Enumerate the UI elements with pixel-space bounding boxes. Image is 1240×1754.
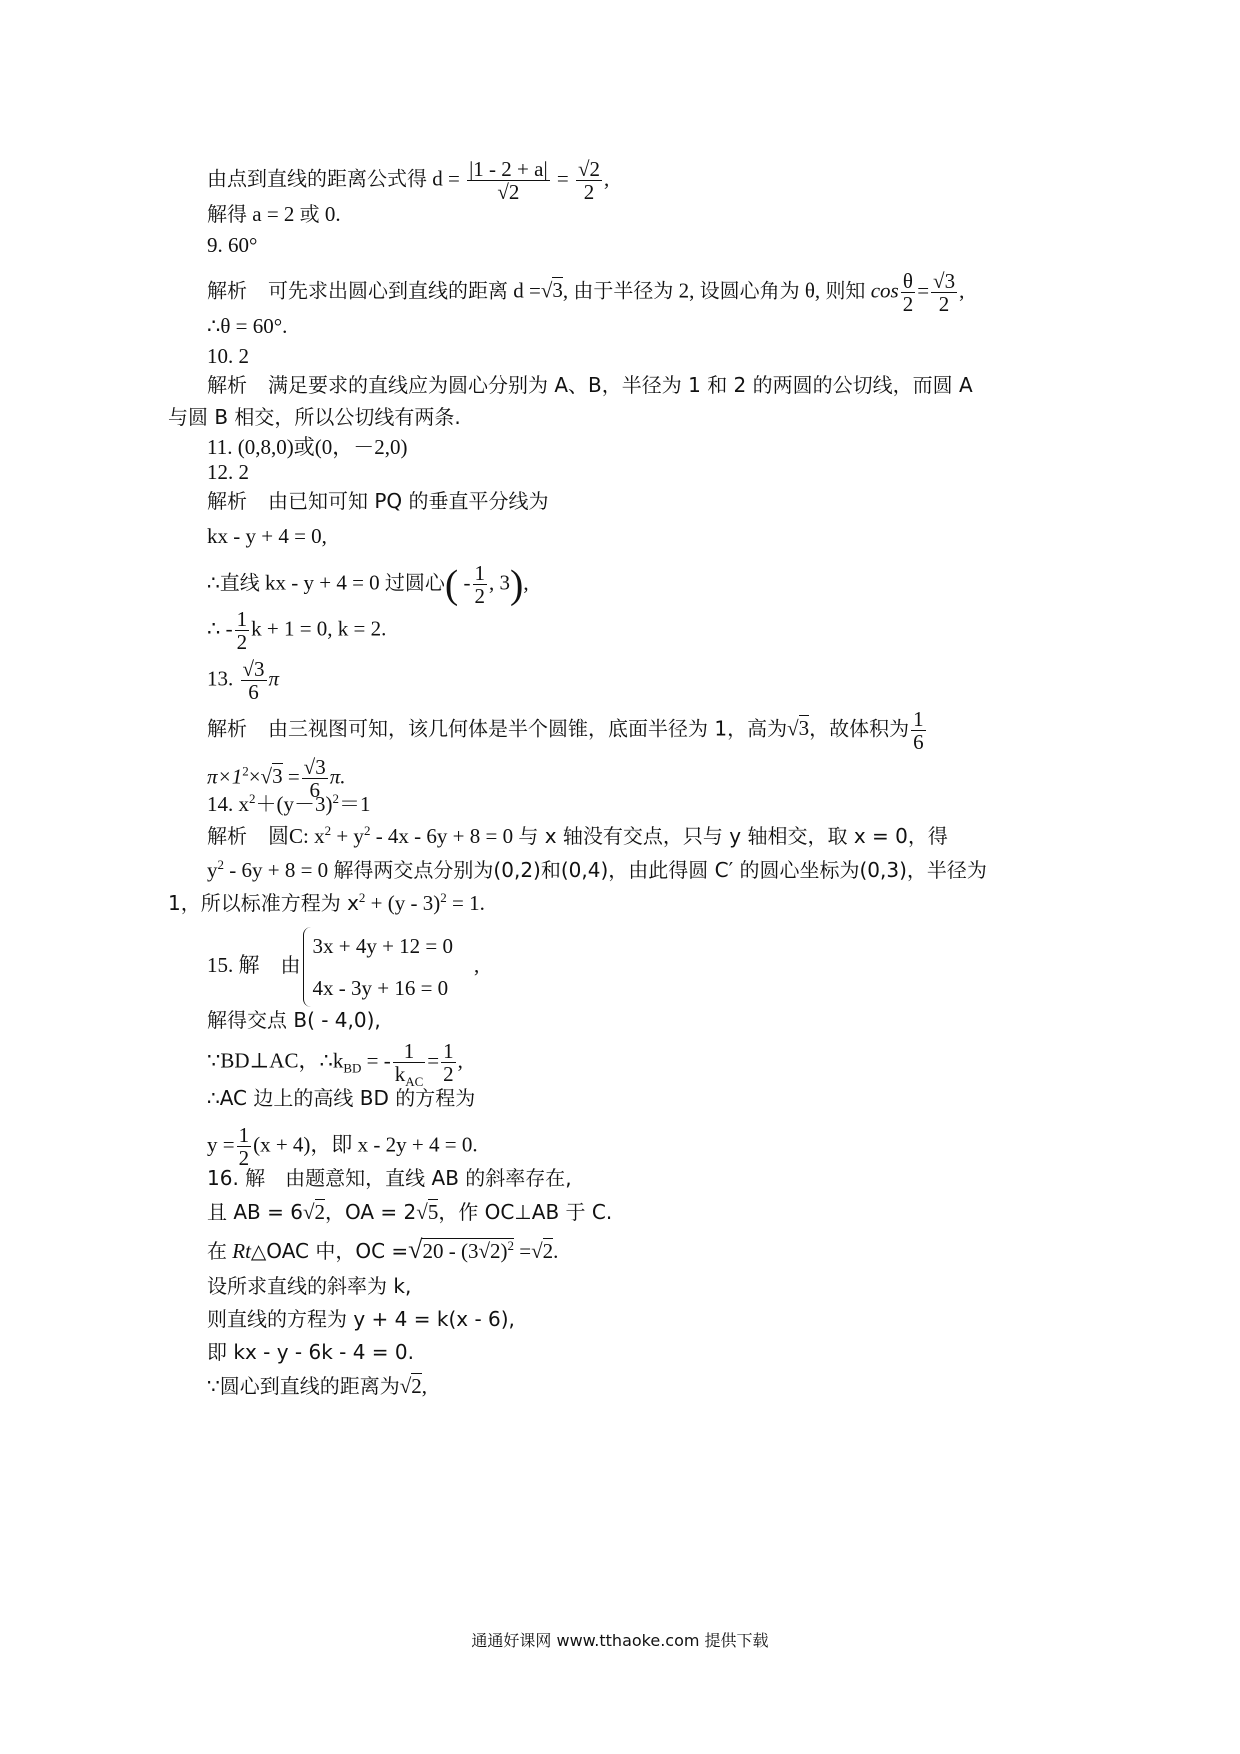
fraction: √22	[576, 158, 602, 203]
paren: (	[445, 562, 458, 607]
text: ,	[474, 953, 479, 977]
text: .	[553, 1239, 558, 1263]
radicand: 3	[315, 755, 326, 779]
subscript: BD	[343, 1061, 361, 1076]
text: ，OA = 2	[325, 1200, 416, 1224]
oc-line: 在 Rt△OAC 中，OC =√20 - (3√2)2 =√2.	[207, 1236, 558, 1265]
text: k	[395, 1062, 406, 1086]
footer-watermark: 通通好课网 www.tthaoke.com 提供下载	[0, 1628, 1240, 1651]
fraction: √32	[931, 270, 957, 315]
text: 设圆心角为	[700, 278, 800, 302]
fraction: √36	[241, 658, 267, 703]
numerator: 1	[237, 1124, 252, 1147]
analysis-10-line: 解析 满足要求的直线应为圆心分别为 A、B，半径为 1 和 2 的两圆的公切线，…	[207, 371, 973, 399]
text: θ,	[805, 278, 820, 302]
numerator: 1	[911, 708, 926, 731]
text: = -	[361, 1048, 390, 1072]
equation-line: kx - y + 4 = 0,	[207, 522, 327, 550]
text: y =	[207, 1132, 235, 1156]
analysis-label: 解析	[207, 716, 247, 740]
text: =	[917, 278, 929, 302]
analysis-9-line: 解析 可先求出圆心到直线的距离 d =√3, 由于半径为 2, 设圆心角为 θ,…	[207, 270, 964, 315]
numerator: |1 - 2 + a|	[467, 158, 550, 181]
denominator: 2	[931, 293, 957, 315]
equation: 4x - 3y + 16 = 0	[313, 967, 454, 1009]
text: d =	[432, 166, 460, 190]
text: ,	[422, 1374, 427, 1398]
text: 由三视图可知，该几何体是半个圆锥，底面半径为 1，高为	[268, 716, 787, 740]
numerator: θ	[901, 270, 916, 293]
text: kx - y + 4 = 0	[265, 570, 380, 594]
text: 解得两交点分别为(0,2)和(0,4)，由此得圆 C′ 的圆心坐标为(0,3)，…	[333, 858, 986, 882]
analysis-14-line: 解析 圆C: x2 + y2 - 4x - 6y + 8 = 0 与 x 轴没有…	[207, 822, 948, 850]
text: 2,	[679, 278, 695, 302]
text: ＋(y－3)	[256, 792, 333, 816]
denominator: kAC	[393, 1063, 426, 1085]
analysis-10-cont: 与圆 B 相交，所以公切线有两条.	[168, 403, 461, 431]
denominator: 2	[576, 181, 602, 203]
text: 圆C: x	[268, 824, 325, 848]
general-form-line: 即 kx - y - 6k - 4 = 0.	[207, 1338, 414, 1366]
center-point-line: ∴直线 kx - y + 4 = 0 过圆心( -12, 3),	[207, 562, 529, 607]
numerator: 1	[473, 562, 488, 585]
text: 0.	[325, 202, 341, 226]
analysis-14-cont2: 1，所以标准方程为 x2 + (y - 3)2 = 1.	[168, 889, 485, 917]
text: 1，所以标准方程为 x	[168, 891, 359, 915]
text: =	[427, 1048, 439, 1072]
fraction: 16	[911, 708, 926, 753]
analysis-12-line: 解析 由已知可知 PQ 的垂直平分线为	[207, 487, 549, 515]
equation-system: 3x + 4y + 12 = 04x - 3y + 16 = 0	[301, 925, 454, 1009]
fraction: θ2	[901, 270, 916, 315]
text: 20 - (3	[422, 1239, 478, 1263]
text: 由已知可知 PQ 的垂直平分线为	[268, 489, 549, 513]
bd-equation-line: y =12(x + 4)，即 x - 2y + 4 = 0.	[207, 1124, 478, 1169]
text: a = 2	[252, 202, 294, 226]
answer-14: 14. x2＋(y－3)2＝1	[207, 790, 371, 818]
text: ，故体积为	[809, 716, 909, 740]
fraction: 12	[473, 562, 488, 607]
text: Rt	[232, 1239, 251, 1263]
intersection-line: 解得交点 B( - 4,0),	[207, 1006, 381, 1034]
text: 或	[300, 202, 320, 226]
text: =	[557, 166, 569, 190]
numerator: √3	[931, 270, 957, 293]
numerator: 1	[441, 1040, 456, 1063]
text: 13.	[207, 666, 233, 690]
text: y	[207, 858, 218, 882]
theta-result: ∴θ = 60°.	[207, 312, 287, 340]
analysis-label: 解析	[207, 824, 247, 848]
text: π	[269, 666, 280, 690]
text: ∴ -	[207, 616, 233, 640]
text: π.	[330, 764, 346, 788]
sqrt-sign: √	[408, 1235, 422, 1264]
text: 解得	[207, 202, 247, 226]
distance-formula-line: 由点到直线的距离公式得 d = |1 - 2 + a|√2 = √22,	[207, 158, 609, 203]
text: - 6y + 8 = 0	[224, 858, 328, 882]
text: = 1.	[447, 891, 485, 915]
ab-oa-line: 且 AB = 6√2，OA = 2√5，作 OC⊥AB 于 C.	[207, 1198, 612, 1226]
text: ,	[604, 166, 609, 190]
radicand: 2	[543, 1238, 554, 1263]
analysis-14-cont: y2 - 6y + 8 = 0 解得两交点分别为(0,2)和(0,4)，由此得圆…	[207, 856, 987, 884]
denominator: 2	[235, 631, 250, 653]
text: 由点到直线的距离公式得	[207, 166, 427, 190]
text: 14. x	[207, 792, 249, 816]
radicand: 2	[315, 1199, 326, 1224]
numerator: 1	[393, 1040, 426, 1063]
answer-15-system: 15. 解 由3x + 4y + 12 = 04x - 3y + 16 = 0 …	[207, 925, 479, 1009]
text: ,	[523, 570, 528, 594]
text: , 3	[489, 570, 510, 594]
text: 满足要求的直线应为圆心分别为 A、B，半径为 1 和 2 的两圆的公切线，而圆 …	[268, 373, 973, 397]
text: ，作 OC⊥AB 于 C.	[438, 1200, 612, 1224]
text: 15. 解	[207, 953, 260, 977]
text: 2	[490, 1239, 501, 1263]
radicand: 2	[509, 180, 520, 204]
text: d =	[513, 278, 541, 302]
text: ∵BD⊥AC，∴k	[207, 1048, 343, 1072]
text: =	[288, 764, 300, 788]
denominator: 6	[241, 681, 267, 703]
analysis-label: 解析	[207, 278, 247, 302]
fraction: |1 - 2 + a|√2	[467, 158, 550, 203]
analysis-label: 解析	[207, 489, 247, 513]
text: ,	[563, 278, 568, 302]
text: cos	[871, 278, 899, 302]
k-solution-line: ∴ -12k + 1 = 0, k = 2.	[207, 608, 386, 653]
radicand: 3	[552, 277, 563, 302]
text: =	[514, 1239, 531, 1263]
text: 过圆心	[385, 570, 445, 594]
text: ∴直线	[207, 570, 260, 594]
text: 且 AB = 6	[207, 1200, 303, 1224]
text: + (y - 3)	[365, 891, 440, 915]
text: -	[464, 570, 471, 594]
text: + y	[331, 824, 364, 848]
radicand: 5	[428, 1199, 439, 1224]
radicand: 2	[411, 1373, 422, 1398]
slope-line: ∵BD⊥AC，∴kBD = -1kAC=12,	[207, 1040, 463, 1085]
numerator: √3	[241, 658, 267, 681]
answer-12: 12. 2	[207, 458, 249, 486]
text: (x + 4)，即 x - 2y + 4 = 0.	[253, 1132, 478, 1156]
altitude-line: ∴AC 边上的高线 BD 的方程为	[207, 1084, 475, 1112]
denominator: 2	[901, 293, 916, 315]
text: 则知	[825, 278, 865, 302]
numerator: √3	[302, 756, 328, 779]
fraction: 12	[237, 1124, 252, 1169]
answer-13: 13. √36π	[207, 658, 279, 703]
radicand: 2	[590, 157, 601, 181]
radicand: 20 - (3√2)2	[422, 1238, 514, 1263]
text: 与 x 轴没有交点，只与 y 轴相交，取 x = 0，得	[518, 824, 948, 848]
answer-11: 11. (0,8,0)或(0，－2,0)	[207, 433, 407, 461]
analysis-label: 解析	[207, 373, 247, 397]
denominator: √2	[467, 181, 550, 203]
fraction: 1kAC	[393, 1040, 426, 1085]
text: - 4x - 6y + 8 = 0	[370, 824, 513, 848]
radicand: 3	[799, 715, 810, 740]
text: k + 1 = 0, k = 2.	[251, 616, 386, 640]
text: 由于半径为	[573, 278, 673, 302]
text: ,	[458, 1048, 463, 1072]
answer-9: 9. 60°	[207, 231, 257, 259]
solution-a-line: 解得 a = 2 或 0.	[207, 200, 341, 228]
numerator: 1	[235, 608, 250, 631]
text: 在	[207, 1239, 227, 1263]
paren: )	[510, 562, 523, 607]
text: ×	[249, 764, 261, 788]
text: ∵圆心到直线的距离为	[207, 1374, 400, 1398]
equation: 3x + 4y + 12 = 0	[313, 925, 454, 967]
text: 由	[281, 953, 301, 977]
denominator: 6	[911, 731, 926, 753]
analysis-13-line: 解析 由三视图可知，该几何体是半个圆锥，底面半径为 1，高为√3，故体积为16	[207, 708, 928, 753]
text: π×1	[207, 764, 242, 788]
denominator: 2	[441, 1063, 456, 1085]
line-equation-line: 则直线的方程为 y + 4 = k(x - 6),	[207, 1305, 515, 1333]
answer-10: 10. 2	[207, 342, 249, 370]
text: ,	[959, 278, 964, 302]
text: △OAC 中，OC =	[251, 1239, 408, 1263]
radicand: 3	[272, 763, 283, 788]
fraction: 12	[441, 1040, 456, 1085]
denominator: 2	[473, 585, 488, 607]
text: ＝1	[339, 792, 371, 816]
distance-line: ∵圆心到直线的距离为√2,	[207, 1372, 427, 1400]
radicand: 3	[945, 269, 956, 293]
answer-16-line: 16. 解 由题意知，直线 AB 的斜率存在,	[207, 1164, 572, 1192]
text: 可先求出圆心到直线的距离	[268, 278, 508, 302]
radicand: 3	[254, 657, 265, 681]
numerator: √2	[576, 158, 602, 181]
slope-k-line: 设所求直线的斜率为 k,	[207, 1272, 411, 1300]
fraction: 12	[235, 608, 250, 653]
